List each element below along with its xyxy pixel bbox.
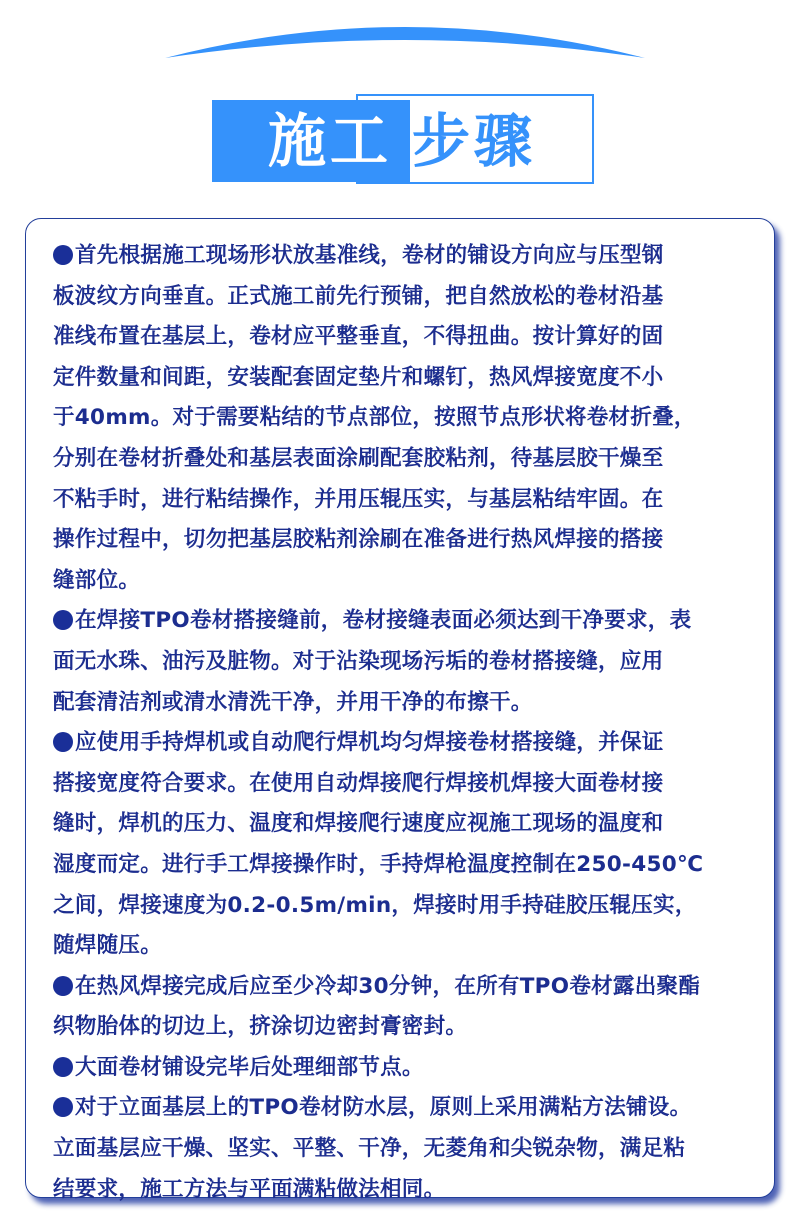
bullet-icon — [53, 976, 73, 996]
steps-list: 首先根据施工现场形状放基准线，卷材的铺设方向应与压型钢 板波纹方向垂直。正式施工… — [53, 236, 773, 1210]
step-text: 缝部位。 — [53, 561, 773, 602]
step-text: 大面卷材铺设完毕后处理细部节点。 — [75, 1055, 424, 1080]
step-item: 大面卷材铺设完毕后处理细部节点。 — [53, 1048, 773, 1089]
step-text: 板波纹方向垂直。正式施工前先行预铺，把自然放松的卷材沿基 — [53, 277, 773, 318]
step-text: 随焊随压。 — [53, 926, 773, 967]
title-left-text: 施工 — [268, 108, 392, 174]
step-text: 首先根据施工现场形状放基准线，卷材的铺设方向应与压型钢 — [75, 243, 664, 268]
step-text: 于40mm。对于需要粘结的节点部位，按照节点形状将卷材折叠， — [53, 398, 773, 439]
step-item: 首先根据施工现场形状放基准线，卷材的铺设方向应与压型钢 板波纹方向垂直。正式施工… — [53, 236, 773, 601]
step-item: 对于立面基层上的TPO卷材防水层，原则上采用满粘方法铺设。 立面基层应干燥、坚实… — [53, 1088, 773, 1210]
step-item: 在焊接TPO卷材搭接缝前，卷材接缝表面必须达到干净要求，表 面无水珠、油污及脏物… — [53, 601, 773, 723]
step-text: 分别在卷材折叠处和基层表面涂刷配套胶粘剂，待基层胶干燥至 — [53, 439, 773, 480]
step-text: 面无水珠、油污及脏物。对于沾染现场污垢的卷材搭接缝，应用 — [53, 642, 773, 683]
section-title: 施工 步骤 — [212, 94, 602, 190]
step-text: 之间，焊接速度为0.2-0.5m/min，焊接时用手持硅胶压辊压实， — [53, 886, 773, 927]
step-text: 配套清洁剂或清水清洗干净，并用干净的布擦干。 — [53, 683, 773, 724]
step-text: 搭接宽度符合要求。在使用自动焊接爬行焊接机焊接大面卷材接 — [53, 764, 773, 805]
step-text: 在焊接TPO卷材搭接缝前，卷材接缝表面必须达到干净要求，表 — [75, 608, 691, 633]
step-text: 定件数量和间距，安装配套固定垫片和螺钉，热风焊接宽度不小 — [53, 358, 773, 399]
step-text: 在热风焊接完成后应至少冷却30分钟，在所有TPO卷材露出聚酯 — [75, 974, 700, 999]
decorative-arc — [160, 14, 650, 64]
bullet-icon — [53, 245, 73, 265]
step-text: 立面基层应干燥、坚实、平整、干净，无菱角和尖锐杂物，满足粘 — [53, 1129, 773, 1170]
step-item: 在热风焊接完成后应至少冷却30分钟，在所有TPO卷材露出聚酯 织物胎体的切边上，… — [53, 967, 773, 1048]
bullet-icon — [53, 610, 73, 630]
step-text: 结要求，施工方法与平面满粘做法相同。 — [53, 1170, 773, 1211]
bullet-icon — [53, 732, 73, 752]
step-text: 准线布置在基层上，卷材应平整垂直，不得扭曲。按计算好的固 — [53, 317, 773, 358]
step-text: 不粘手时，进行粘结操作，并用压辊压实，与基层粘结牢固。在 — [53, 480, 773, 521]
step-text: 操作过程中，切勿把基层胶粘剂涂刷在准备进行热风焊接的搭接 — [53, 520, 773, 561]
title-right-text: 步骤 — [412, 108, 536, 174]
bullet-icon — [53, 1097, 73, 1117]
step-text: 缝时，焊机的压力、温度和焊接爬行速度应视施工现场的温度和 — [53, 804, 773, 845]
step-text: 应使用手持焊机或自动爬行焊机均匀焊接卷材搭接缝，并保证 — [75, 730, 664, 755]
step-text: 湿度而定。进行手工焊接操作时，手持焊枪温度控制在250-450℃ — [53, 845, 773, 886]
step-text: 织物胎体的切边上，挤涂切边密封膏密封。 — [53, 1007, 773, 1048]
step-item: 应使用手持焊机或自动爬行焊机均匀焊接卷材搭接缝，并保证 搭接宽度符合要求。在使用… — [53, 723, 773, 967]
bullet-icon — [53, 1057, 73, 1077]
step-text: 对于立面基层上的TPO卷材防水层，原则上采用满粘方法铺设。 — [75, 1095, 691, 1120]
